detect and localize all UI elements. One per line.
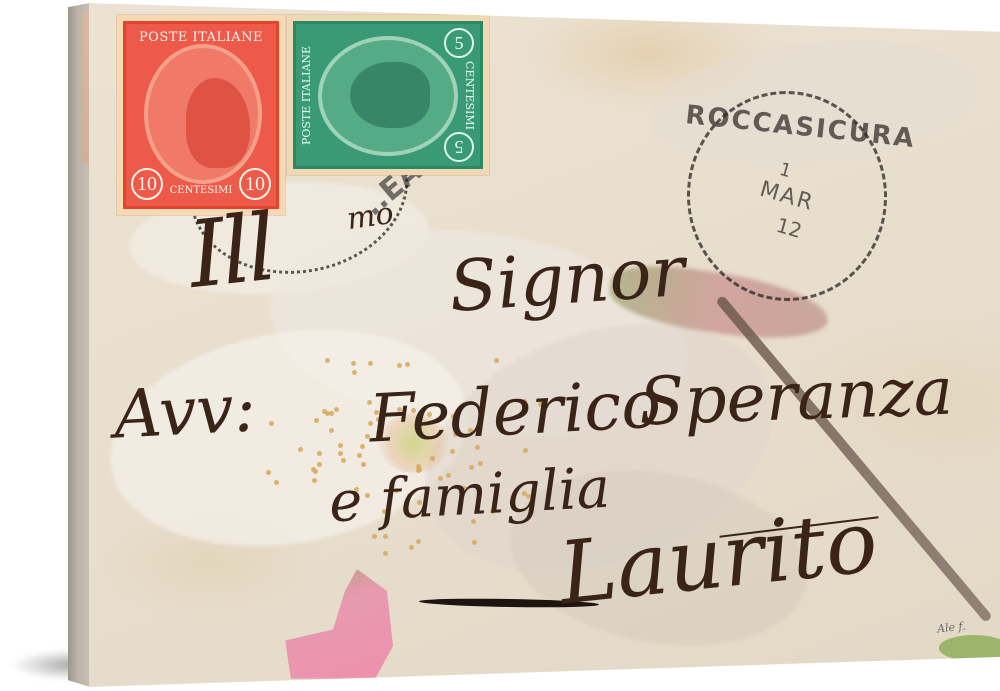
stamp-red-10: POSTE ITALIANE 10 CENTESIMI 10 [117,15,285,215]
pollen-dot [314,418,319,423]
pollen-dot [313,469,318,474]
stamp-denomination: CENTESIMI [460,54,476,136]
stamp-country: POSTE ITALIANE [126,30,276,45]
stamp-wrap-edge [82,13,90,163]
pink-petal [285,569,405,679]
pollen-dot [383,551,388,556]
pollen-dot [317,451,322,456]
stamp-value-top: 5 [444,28,474,58]
pollen-dot [357,453,362,458]
address-line2-abbrev: Avv: [112,369,258,453]
stamp-oval-frame [318,36,458,156]
stamp-value-left: 10 [131,168,163,200]
address-line2-first-name: Federico [367,365,663,457]
stamp-oval-frame [144,44,262,184]
canvas-face: ..EA POSTE ITALIANE 10 CENTESIMI 10 POST… [89,3,1000,687]
pollen-dot [405,362,410,367]
address-line1-title: Signor [446,230,687,328]
address-line2-last-name: Speranza [638,353,955,441]
pollen-dot [269,421,274,426]
stamp-green-face: POSTE ITALIANE CENTESIMI 5 5 [293,21,483,169]
pollen-dot [317,462,322,467]
pollen-dot [329,428,334,433]
pollen-dot [416,539,421,544]
pollen-dot [360,444,365,449]
king-portrait-icon [350,62,430,128]
pollen-dot [352,370,357,375]
artist-signature: Ale f. [936,620,966,636]
stamp-country: POSTE ITALIANE [300,44,316,146]
address-line1-prefix: Ill [184,194,278,309]
stamp-red-face: POSTE ITALIANE 10 CENTESIMI 10 [123,21,279,209]
canvas-side-edge [68,3,90,687]
pollen-dot [368,361,373,366]
leaf [939,635,1000,661]
pollen-dot [372,534,377,539]
stamp-value-bottom: 5 [444,132,474,162]
canvas-print-scene: ..EA POSTE ITALIANE 10 CENTESIMI 10 POST… [0,0,1000,691]
king-portrait-icon [186,78,250,168]
pollen-dot [383,534,388,539]
pollen-dot [409,545,414,550]
stamp-denomination: CENTESIMI [164,185,238,196]
pollen-dot [397,363,402,368]
address-line1-superscript: mo [345,196,396,237]
stamp-green-5: POSTE ITALIANE CENTESIMI 5 5 [287,15,489,175]
pollen-dot [494,358,499,363]
pollen-dot [430,456,435,461]
